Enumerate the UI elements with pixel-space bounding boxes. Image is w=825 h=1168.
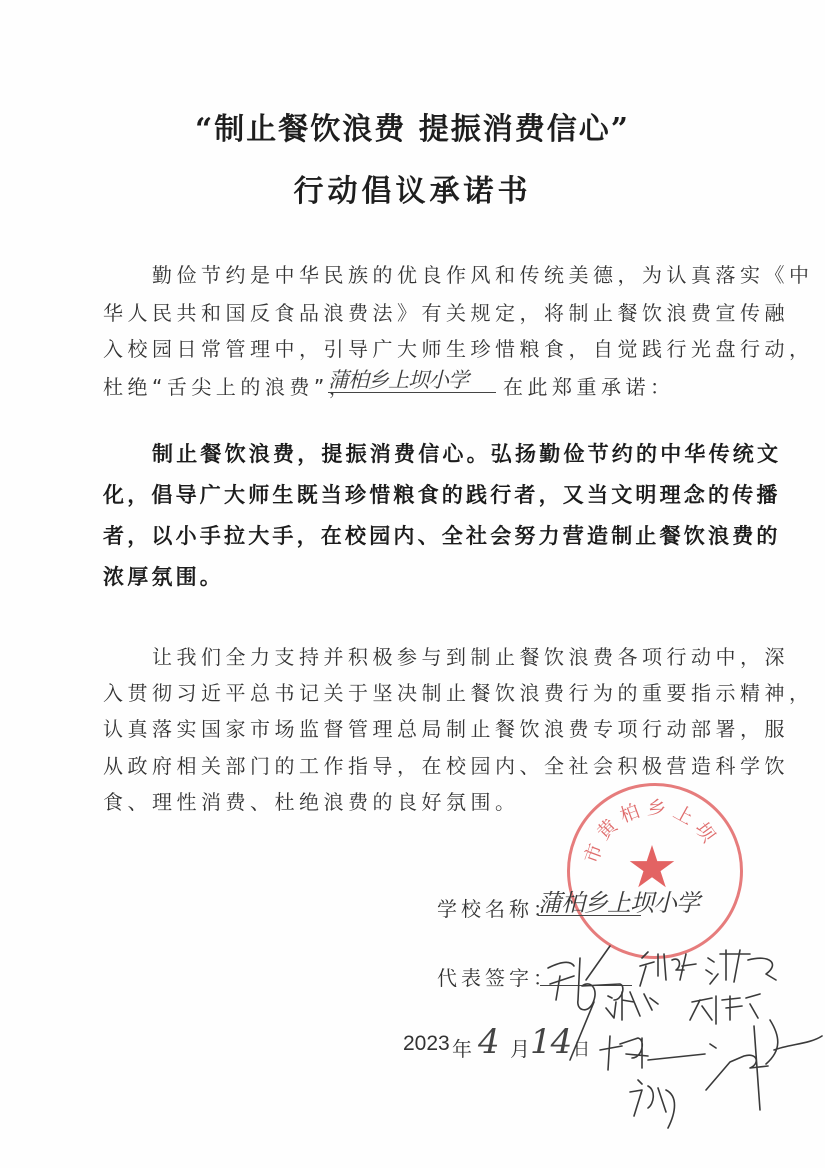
school-name-handwritten: 蒲柏乡上坝小学 — [538, 883, 641, 916]
paragraph-2-line-4: 浓厚氛围。 — [103, 561, 224, 591]
paragraph-1-line-3: 入校园日常管理中，引导广大师生珍惜粮食，自觉践行光盘行动， — [103, 333, 814, 362]
paragraph-3-line-3: 认真落实国家市场监督管理总局制止餐饮浪费专项行动部署，服 — [103, 713, 789, 742]
paragraph-1-line-1: 勤俭节约是中华民族的优良作风和传统美德，为认真落实《中 — [152, 259, 814, 288]
paragraph-2-line-1: 制止餐饮浪费，提振消费信心。弘扬勤俭节约的中华传统文 — [152, 438, 781, 468]
paragraph-1-line-4: 杜绝“舌尖上的浪费”， — [103, 371, 353, 400]
paragraph-2-line-2: 化，倡导广大师生既当珍惜粮食的践行者，又当文明理念的传播 — [103, 479, 781, 509]
paragraph-1-line-4-suffix: 在此郑重承诺： — [503, 371, 675, 400]
paragraph-2-line-3: 者，以小手拉大手，在校园内、全社会努力营造制止餐饮浪费的 — [103, 520, 781, 550]
date-day-unit: 日 — [573, 1035, 594, 1060]
date-year-unit: 年 — [452, 1033, 476, 1062]
date-day-handwritten: 14 — [530, 1022, 571, 1062]
paragraph-3-line-5: 食、理性消费、杜绝浪费的良好氛围。 — [103, 786, 520, 815]
date-month-handwritten: 4 — [478, 1022, 499, 1062]
paragraph-3-line-2: 入贯彻习近平总书记关于坚决制止餐饮浪费行为的重要指示精神， — [103, 677, 814, 706]
paragraph-3-line-1: 让我们全力支持并积极参与到制止餐饮浪费各项行动中，深 — [152, 641, 789, 670]
handwritten-school-name: 蒲柏乡上坝小学 — [328, 364, 496, 393]
paragraph-3-line-4: 从政府相关部门的工作指导，在校园内、全社会积极营造科学饮 — [103, 750, 789, 779]
date-year: 2023 — [403, 1032, 450, 1056]
paragraph-1-line-2: 华人民共和国反食品浪费法》有关规定，将制止餐饮浪费宣传融 — [103, 297, 789, 326]
official-stamp: 市黄柏乡上坝 ★ — [567, 783, 743, 959]
document-title-line2: 行动倡议承诺书 — [0, 166, 825, 210]
document-title-line1: “制止餐饮浪费 提振消费信心” — [0, 104, 825, 148]
